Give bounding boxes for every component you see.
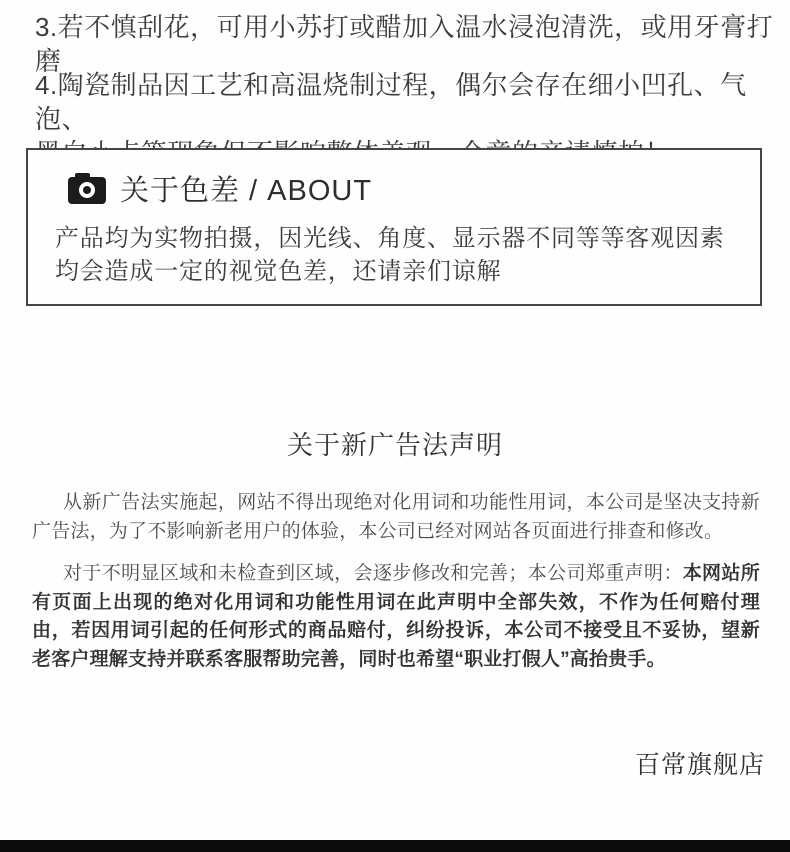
color-difference-box: 关于色差 / ABOUT 产品均为实物拍摄，因光线、角度、显示器不同等等客观因素… bbox=[26, 148, 762, 306]
law-statement-paragraph-1: 从新广告法实施起，网站不得出现绝对化用词和功能性用词，本公司是坚决支持新广告法，… bbox=[32, 489, 760, 546]
color-difference-title-row: 关于色差 / ABOUT bbox=[68, 172, 372, 204]
camera-lens bbox=[79, 182, 95, 198]
law-statement-heading: 关于新广告法声明 bbox=[0, 425, 790, 462]
law-statement-paragraph-2-lead: 对于不明显区域和未检查到区域，会逐步修改和完善；本公司郑重声明： bbox=[63, 563, 683, 584]
color-difference-title: 关于色差 / ABOUT bbox=[120, 168, 372, 209]
color-difference-text: 产品均为实物拍摄，因光线、角度、显示器不同等等客观因素均会造成一定的视觉色差，还… bbox=[55, 222, 745, 288]
store-name: 百常旗舰店 bbox=[635, 745, 765, 781]
product-detail-page: { "page": { "background_color": "#fefefe… bbox=[0, 0, 790, 852]
bottom-divider-bar bbox=[0, 840, 790, 852]
camera-icon bbox=[68, 173, 106, 204]
law-statement-paragraph-2: 对于不明显区域和未检查到区域，会逐步修改和完善；本公司郑重声明：本网站所有页面上… bbox=[32, 560, 760, 674]
care-note-4-line-1: 4.陶瓷制品因工艺和高温烧制过程，偶尔会存在细小凹孔、气泡、 bbox=[35, 68, 777, 136]
